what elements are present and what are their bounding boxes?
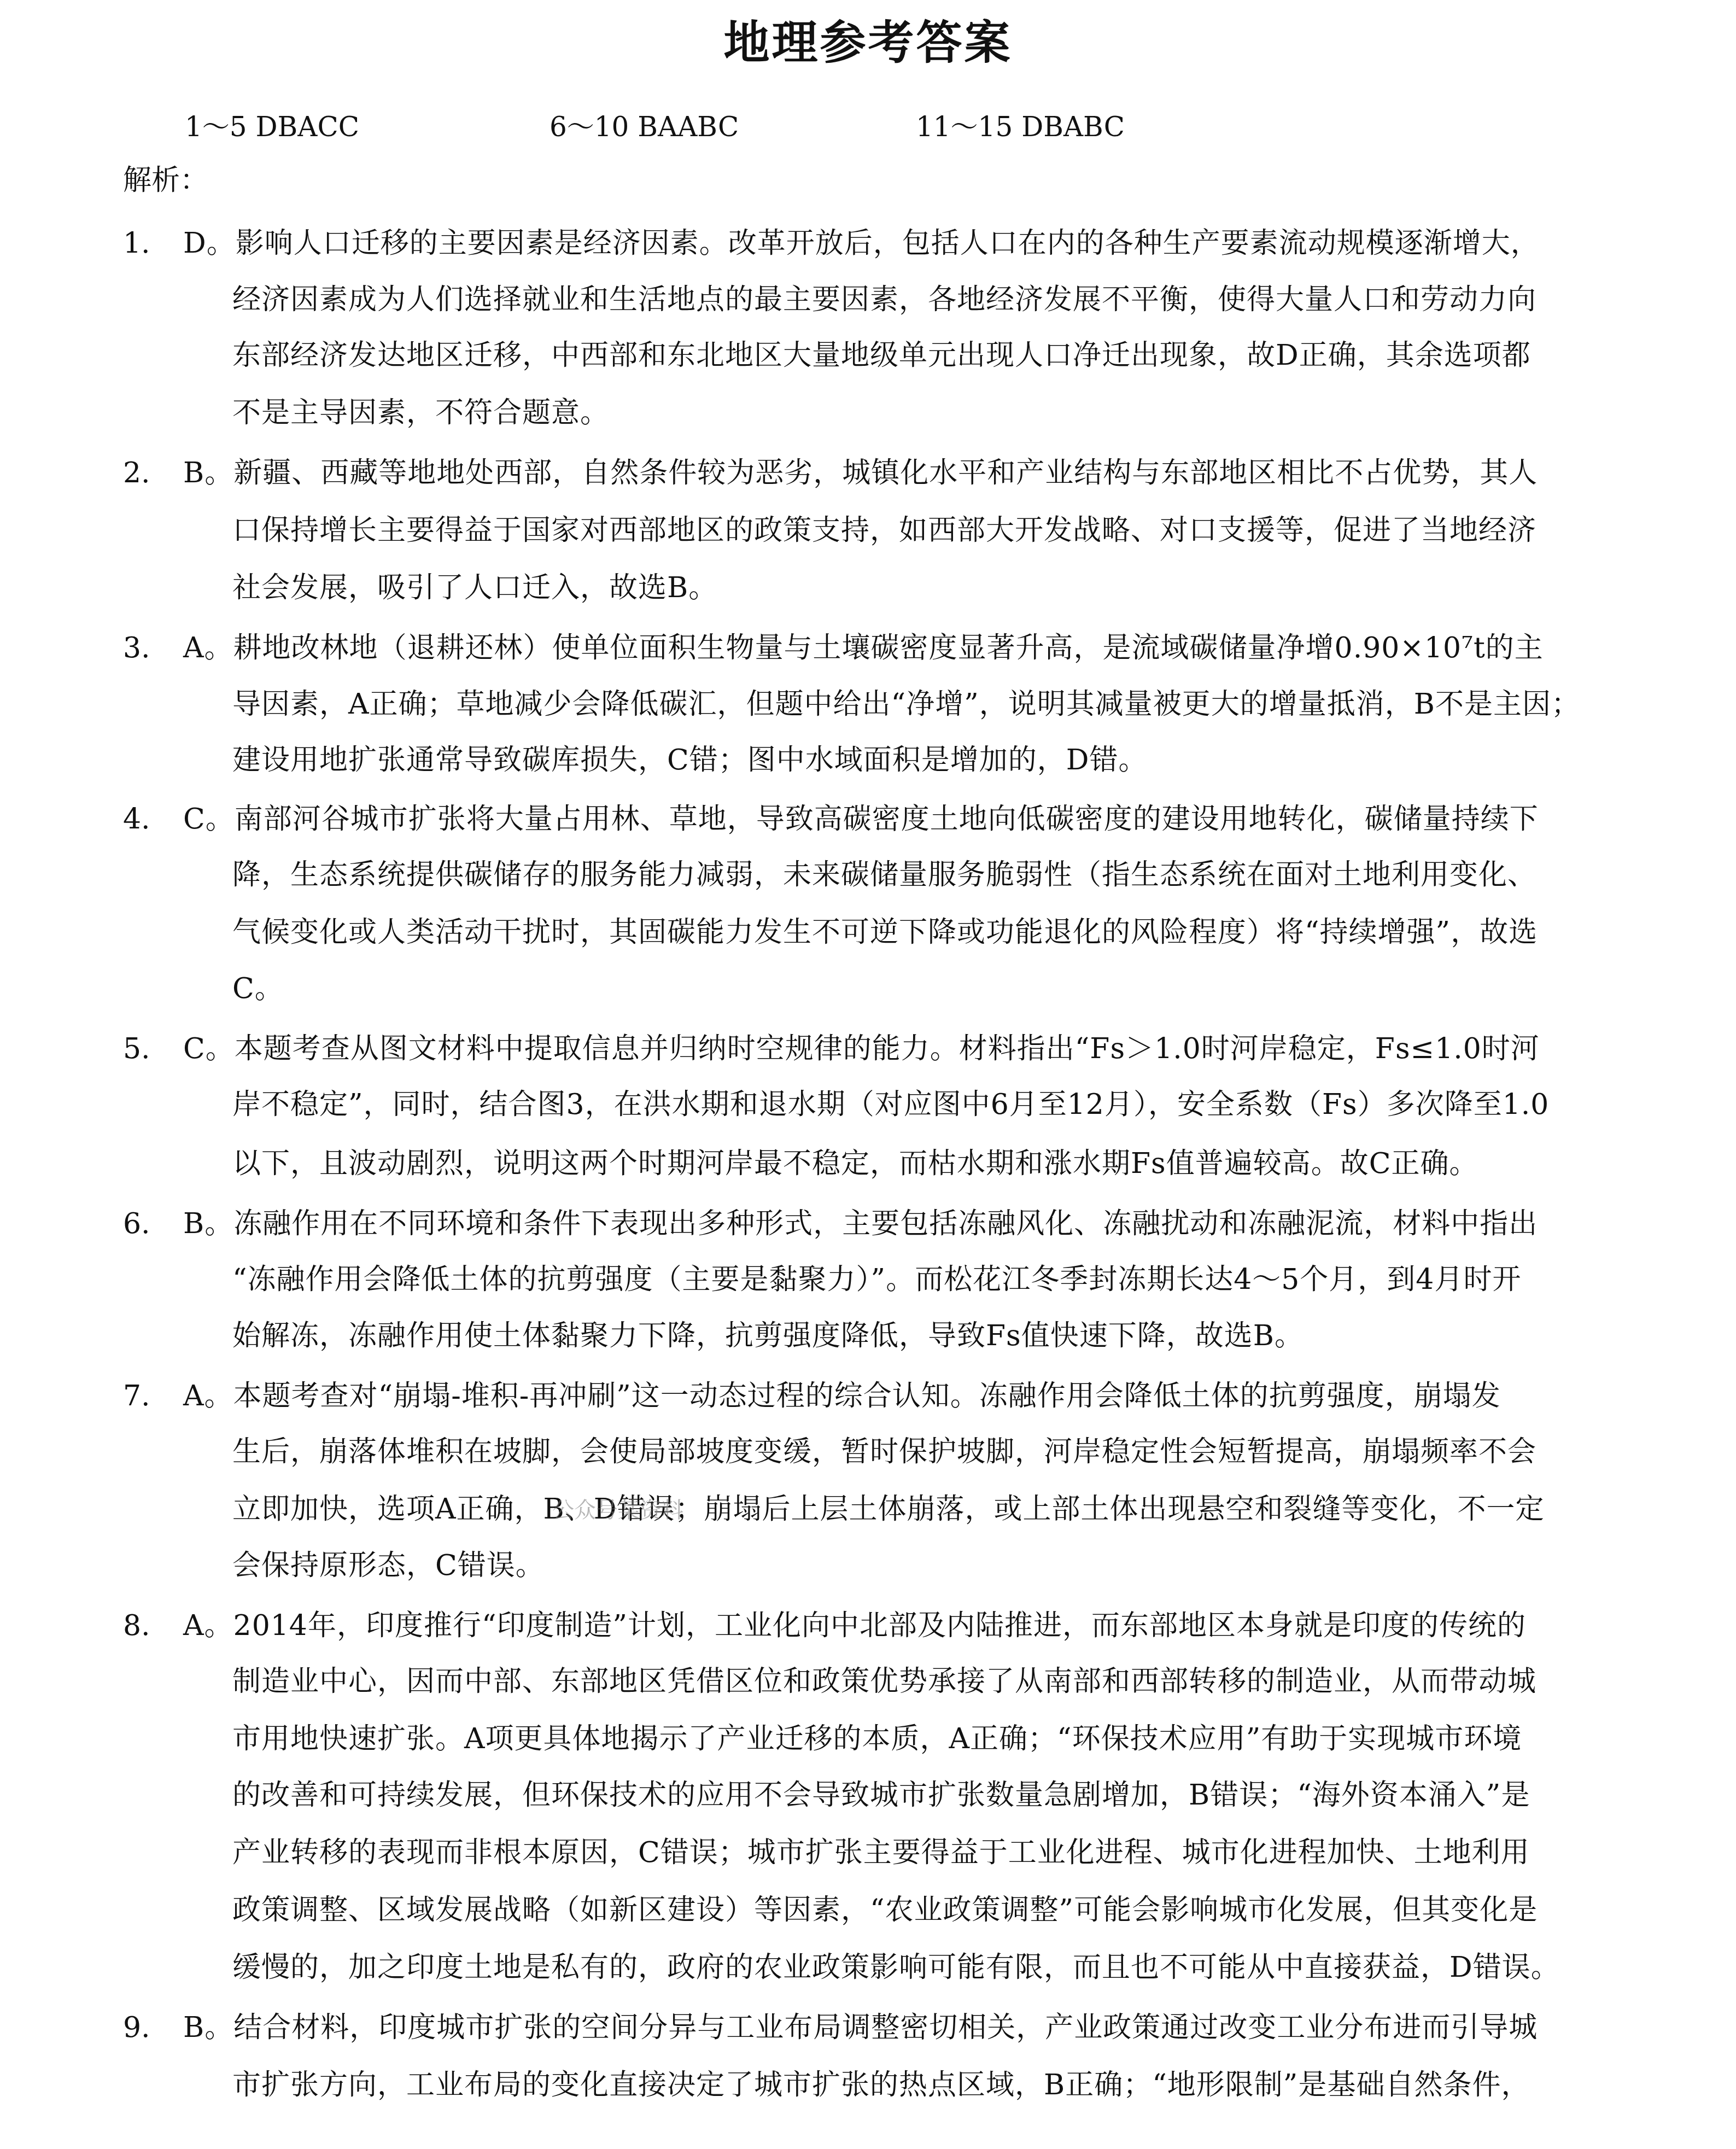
analysis-label: 解析： [123, 163, 208, 198]
item-continuation-line: 的改善和可持续发展，但环保技术的应用不会导致城市扩张数量急剧增加，B错误；“海外… [232, 1777, 1530, 1813]
item-continuation-line: 口保持增长主要得益于国家对西部地区的政策支持，如西部大开发战略、对口支援等，促进… [232, 512, 1536, 548]
item-continuation-line: 政策调整、区域发展战略（如新区建设）等因素，“农业政策调整”可能会影响城市化发展… [232, 1892, 1538, 1928]
item-number: 9. [123, 2010, 150, 2046]
item-continuation-line: 产业转移的表现而非根本原因，C错误；城市扩张主要得益于工业化进程、城市化进程加快… [232, 1835, 1530, 1871]
item-continuation-line: 社会发展，吸引了人口迁入，故选B。 [232, 570, 717, 606]
answer-group-11-15: 11～15 DBABC [916, 109, 1125, 144]
answer-group-1-5: 1～5 DBACC [185, 109, 359, 144]
item-answer-line: B。结合材料，印度城市扩张的空间分异与工业布局调整密切相关，产业政策通过改变工业… [183, 2010, 1538, 2046]
item-continuation-line: 建设用地扩张通常导致碳库损失，C错；图中水域面积是增加的，D错。 [232, 742, 1147, 778]
item-continuation-line: 东部经济发达地区迁移，中西部和东北地区大量地级单元出现人口净迁出现象，故D正确，… [232, 337, 1531, 373]
answer-group-6-10: 6～10 BAABC [550, 109, 739, 144]
item-continuation-line: 降，生态系统提供碳储存的服务能力减弱，未来碳储量服务脆弱性（指生态系统在面对土地… [232, 857, 1536, 893]
item-continuation-line: 制造业中心，因而中部、东部地区凭借区位和政策优势承接了从南部和西部转移的制造业，… [232, 1663, 1536, 1700]
item-continuation-line: 市用地快速扩张。A项更具体地揭示了产业迁移的本质，A正确；“环保技术应用”有助于… [232, 1721, 1522, 1757]
item-continuation-line: 气候变化或人类活动干扰时，其固碳能力发生不可逆下降或功能退化的风险程度）将“持续… [232, 914, 1538, 950]
item-answer-line: A。耕地改林地（退耕还林）使单位面积生物量与土壤碳密度显著升高，是流域碳储量净增… [183, 630, 1544, 666]
item-continuation-line: 会保持原形态，C错误。 [232, 1547, 545, 1584]
item-continuation-line: 导因素，A正确；草地减少会降低碳汇，但题中给出“净增”，说明其减量被更大的增量抵… [232, 686, 1580, 722]
item-continuation-line: 以下，且波动剧烈，说明这两个时期河岸最不稳定，而枯水期和涨水期Fs值普遍较高。故… [232, 1146, 1478, 1182]
item-continuation-line: 始解冻，冻融作用使土体黏聚力下降，抗剪强度降低，导致Fs值快速下降，故选B。 [232, 1318, 1304, 1354]
item-number: 2. [123, 455, 150, 491]
item-continuation-line: C。 [232, 971, 284, 1007]
item-answer-line: A。本题考查对“崩塌-堆积-再冲刷”这一动态过程的综合认知。冻融作用会降低土体的… [183, 1378, 1501, 1414]
item-answer-line: C。本题考查从图文材料中提取信息并归纳时空规律的能力。材料指出“Fs＞1.0时河… [183, 1031, 1540, 1067]
item-answer-line: B。冻融作用在不同环境和条件下表现出多种形式，主要包括冻融风化、冻融扰动和冻融泥… [183, 1206, 1538, 1242]
item-continuation-line: 不是主导因素，不符合题意。 [232, 395, 609, 431]
item-number: 1. [123, 225, 150, 261]
item-continuation-line: 立即加快，选项A正确，B、D错误；崩塌后上层土体崩落，或上部土体出现悬空和裂缝等… [232, 1491, 1544, 1527]
item-answer-line: A。2014年，印度推行“印度制造”计划，工业化向中北部及内陆推进，而东部地区本… [183, 1608, 1526, 1644]
item-answer-line: C。南部河谷城市扩张将大量占用林、草地，导致高碳密度土地向低碳密度的建设用地转化… [183, 801, 1539, 837]
watermark: 公众号某资料 [552, 1493, 683, 1524]
item-number: 4. [123, 801, 150, 837]
item-number: 3. [123, 630, 150, 666]
item-number: 6. [123, 1206, 150, 1242]
item-number: 7. [123, 1378, 150, 1414]
item-continuation-line: 市扩张方向，工业布局的变化直接决定了城市扩张的热点区域，B正确；“地形限制”是基… [232, 2067, 1530, 2103]
item-number: 5. [123, 1031, 150, 1067]
item-number: 8. [123, 1608, 150, 1644]
item-answer-line: B。新疆、西藏等地地处西部，自然条件较为恶劣，城镇化水平和产业结构与东部地区相比… [183, 455, 1538, 491]
item-continuation-line: “冻融作用会降低土体的抗剪强度（主要是黏聚力）”。而松花江冬季封冻期长达4～5个… [232, 1262, 1521, 1298]
item-answer-line: D。影响人口迁移的主要因素是经济因素。改革开放后，包括人口在内的各种生产要素流动… [183, 225, 1540, 261]
item-continuation-line: 缓慢的，加之印度土地是私有的，政府的农业政策影响可能有限，而且也不可能从中直接获… [232, 1949, 1560, 1986]
page-title: 地理参考答案 [0, 15, 1736, 70]
item-continuation-line: 生后，崩落体堆积在坡脚，会使局部坡度变缓，暂时保护坡脚，河岸稳定性会短暂提高，崩… [232, 1434, 1536, 1470]
item-continuation-line: 经济因素成为人们选择就业和生活地点的最主要因素，各地经济发展不平衡，使得大量人口… [232, 282, 1536, 318]
item-continuation-line: 岸不稳定”，同时，结合图3，在洪水期和退水期（对应图中6月至12月），安全系数（… [232, 1087, 1549, 1123]
